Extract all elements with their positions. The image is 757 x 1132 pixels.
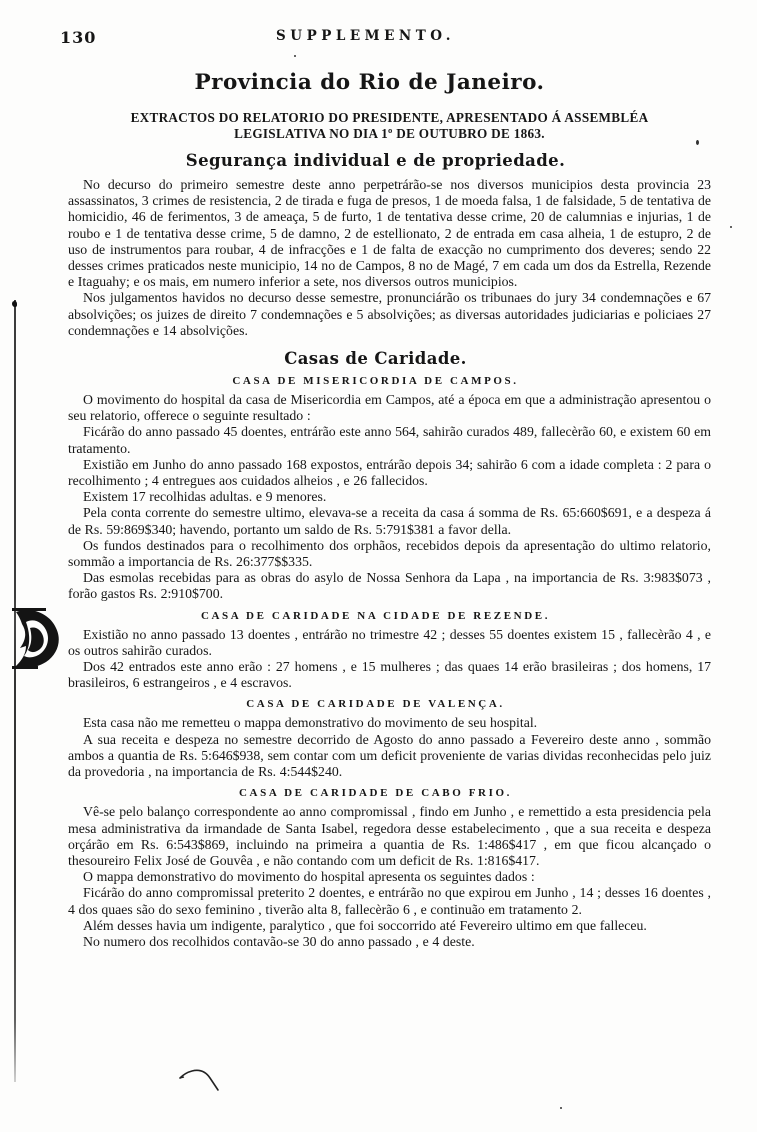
binding-line-artifact [14,300,16,1082]
report-subtitle: EXTRACTOS DO RELATORIO DO PRESIDENTE, AP… [68,110,711,141]
pen-squiggle-artifact [178,1066,228,1096]
sub-heading-campos: CASA DE MISERICORDIA DE CAMPOS. [54,375,697,387]
running-title: SUPPLEMENTO. [44,28,687,44]
paragraph-valenca-accounts: A sua receita e despeza no semestre deco… [68,732,711,781]
paragraph-rezende-patients: Existião no anno passado 13 doentes , en… [68,627,711,659]
sub-heading-valenca: CASA DE CARIDADE DE VALENÇA. [54,698,697,710]
paragraph-cabo-frio-patients: Ficárão do anno compromissal preterito 2… [68,885,711,917]
page-content: 130 SUPPLEMENTO. Provincia do Rio de Jan… [68,28,711,950]
sub-heading-rezende: CASA DE CARIDADE NA CIDADE DE REZENDE. [54,610,697,622]
binding-dot-artifact [12,301,17,307]
paragraph-crime-statistics: No decurso do primeiro semestre deste an… [68,177,711,290]
paragraph-judgements: Nos julgamentos havidos no decurso desse… [68,290,711,339]
sub-heading-cabo-frio: CASA DE CARIDADE DE CABO FRIO. [54,787,697,799]
paragraph-campos-expostos: Existião em Junho do anno passado 168 ex… [68,457,711,489]
paragraph-campos-patients: Ficárão do anno passado 45 doentes, entr… [68,424,711,456]
paragraph-cabo-frio-balance: Vê-se pelo balanço correspondente ao ann… [68,804,711,869]
paragraph-valenca-no-map: Esta casa não me remetteu o mappa demons… [68,715,711,731]
ink-speck [560,1107,562,1109]
section-heading-security: Segurança individual e de propriedade. [54,151,697,170]
section-heading-charity: Casas de Caridade. [54,349,697,368]
ink-speck [696,140,699,145]
ink-speck [294,55,296,57]
paragraph-cabo-frio-indigent: Além desses havia um indigente, paralyti… [68,918,711,934]
paragraph-campos-orphan-funds: Os fundos destinados para o recolhimento… [68,538,711,570]
paragraph-cabo-frio-map: O mappa demonstrativo do movimento do ho… [68,869,711,885]
subtitle-line-2: LEGISLATIVA NO DIA 1º DE OUTUBRO DE 1863… [68,126,711,142]
page-title: Provincia do Rio de Janeiro. [48,70,691,95]
paragraph-campos-alms: Das esmolas recebidas para as obras do a… [68,570,711,602]
ink-speck [730,226,732,228]
running-head: 130 SUPPLEMENTO. [68,28,711,50]
paragraph-campos-intro: O movimento do hospital da casa de Miser… [68,392,711,424]
paragraph-campos-recolhidas: Existem 17 recolhidas adultas. e 9 menor… [68,489,711,505]
subtitle-line-1: EXTRACTOS DO RELATORIO DO PRESIDENTE, AP… [68,110,711,126]
paragraph-rezende-demographics: Dos 42 entrados este anno erão : 27 home… [68,659,711,691]
scanned-page: 130 SUPPLEMENTO. Provincia do Rio de Jan… [0,0,757,1132]
ink-blot-artifact [12,604,64,676]
paragraph-campos-accounts: Pela conta corrente do semestre ultimo, … [68,505,711,537]
paragraph-cabo-frio-recolhidos: No numero dos recolhidos contavão-se 30 … [68,934,711,950]
